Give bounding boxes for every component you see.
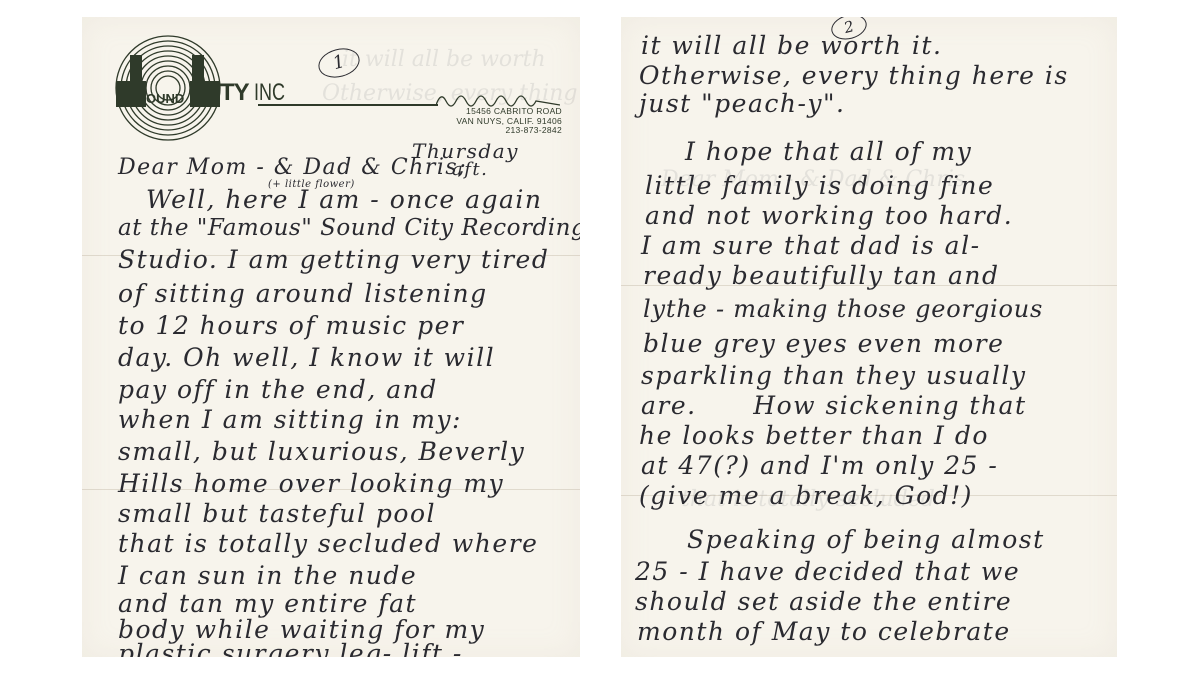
letter-line: just "peach-y". bbox=[639, 89, 846, 118]
letter-line: plastic surgery leg- lift - bbox=[118, 639, 463, 657]
letter-page-1: it will all be worth Otherwise, every th… bbox=[82, 17, 580, 657]
bleed-through-text: it will all be worth bbox=[342, 47, 546, 72]
letter-line: at 47(?) and I'm only 25 - bbox=[641, 451, 998, 480]
letter-line: it will all be worth it. bbox=[641, 31, 942, 60]
letter-line: of sitting around listening bbox=[118, 279, 488, 308]
svg-text:OUND: OUND bbox=[146, 91, 184, 106]
letter-line: I am sure that dad is al- bbox=[641, 231, 981, 260]
letter-line: lythe - making those georgious bbox=[643, 295, 1043, 323]
letter-line: month of May to celebrate bbox=[637, 617, 1011, 646]
letter-line: Hills home over looking my bbox=[118, 469, 504, 498]
letter-line: when I am sitting in my: bbox=[118, 405, 462, 434]
letter-line: little family is doing fine bbox=[645, 171, 994, 200]
letter-line: small, but luxurious, Beverly bbox=[118, 437, 525, 466]
letter-line: sparkling than they usually bbox=[641, 361, 1027, 390]
letter-line: and not working too hard. bbox=[645, 201, 1013, 230]
letter-line: pay off in the end, and bbox=[118, 375, 438, 404]
phone-number: 213-873-2842 bbox=[456, 126, 562, 136]
page-number-badge: 1 bbox=[315, 44, 363, 82]
wave-decoration-icon bbox=[436, 89, 560, 107]
letter-line: Well, here I am - once again bbox=[146, 185, 543, 214]
letter-line: ready beautifully tan and bbox=[643, 261, 1000, 290]
letterhead-address: 15456 CABRITO ROAD VAN NUYS, CALIF. 9140… bbox=[456, 107, 562, 136]
sound-city-logo-icon: OUND bbox=[108, 33, 228, 143]
letter-line: (give me a break, God!) bbox=[639, 481, 973, 510]
letter-line: blue grey eyes even more bbox=[643, 329, 1004, 358]
letter-line: Speaking of being almost bbox=[687, 525, 1045, 554]
letter-line: I can sun in the nude bbox=[118, 561, 417, 590]
letter-line: are. How sickening that bbox=[641, 391, 1027, 420]
greeting: Dear Mom - & Dad & Chris; bbox=[118, 155, 467, 180]
letter-page-2: Dear Mom - & Dad & Chris that is totally… bbox=[621, 17, 1117, 657]
company-suffix-ty: TY bbox=[220, 79, 249, 107]
letter-line: and tan my entire fat bbox=[118, 589, 417, 618]
company-inc: INC bbox=[254, 79, 285, 107]
letter-line: he looks better than I do bbox=[639, 421, 989, 450]
letter-line: to 12 hours of music per bbox=[118, 311, 464, 340]
letter-line: I hope that all of my bbox=[685, 137, 972, 166]
letter-line: Otherwise, every thing here is bbox=[639, 61, 1069, 90]
letter-line: small but tasteful pool bbox=[118, 499, 436, 528]
letter-line: at the "Famous" Sound City Recording bbox=[118, 215, 580, 241]
letter-line: day. Oh well, I know it will bbox=[118, 343, 495, 372]
letter-line: Studio. I am getting very tired bbox=[118, 245, 549, 274]
letterhead-rule bbox=[258, 104, 438, 106]
letter-line: that is totally secluded where bbox=[118, 529, 538, 558]
letter-line: 25 - I have decided that we bbox=[635, 557, 1020, 586]
letter-line: should set aside the entire bbox=[635, 587, 1012, 616]
